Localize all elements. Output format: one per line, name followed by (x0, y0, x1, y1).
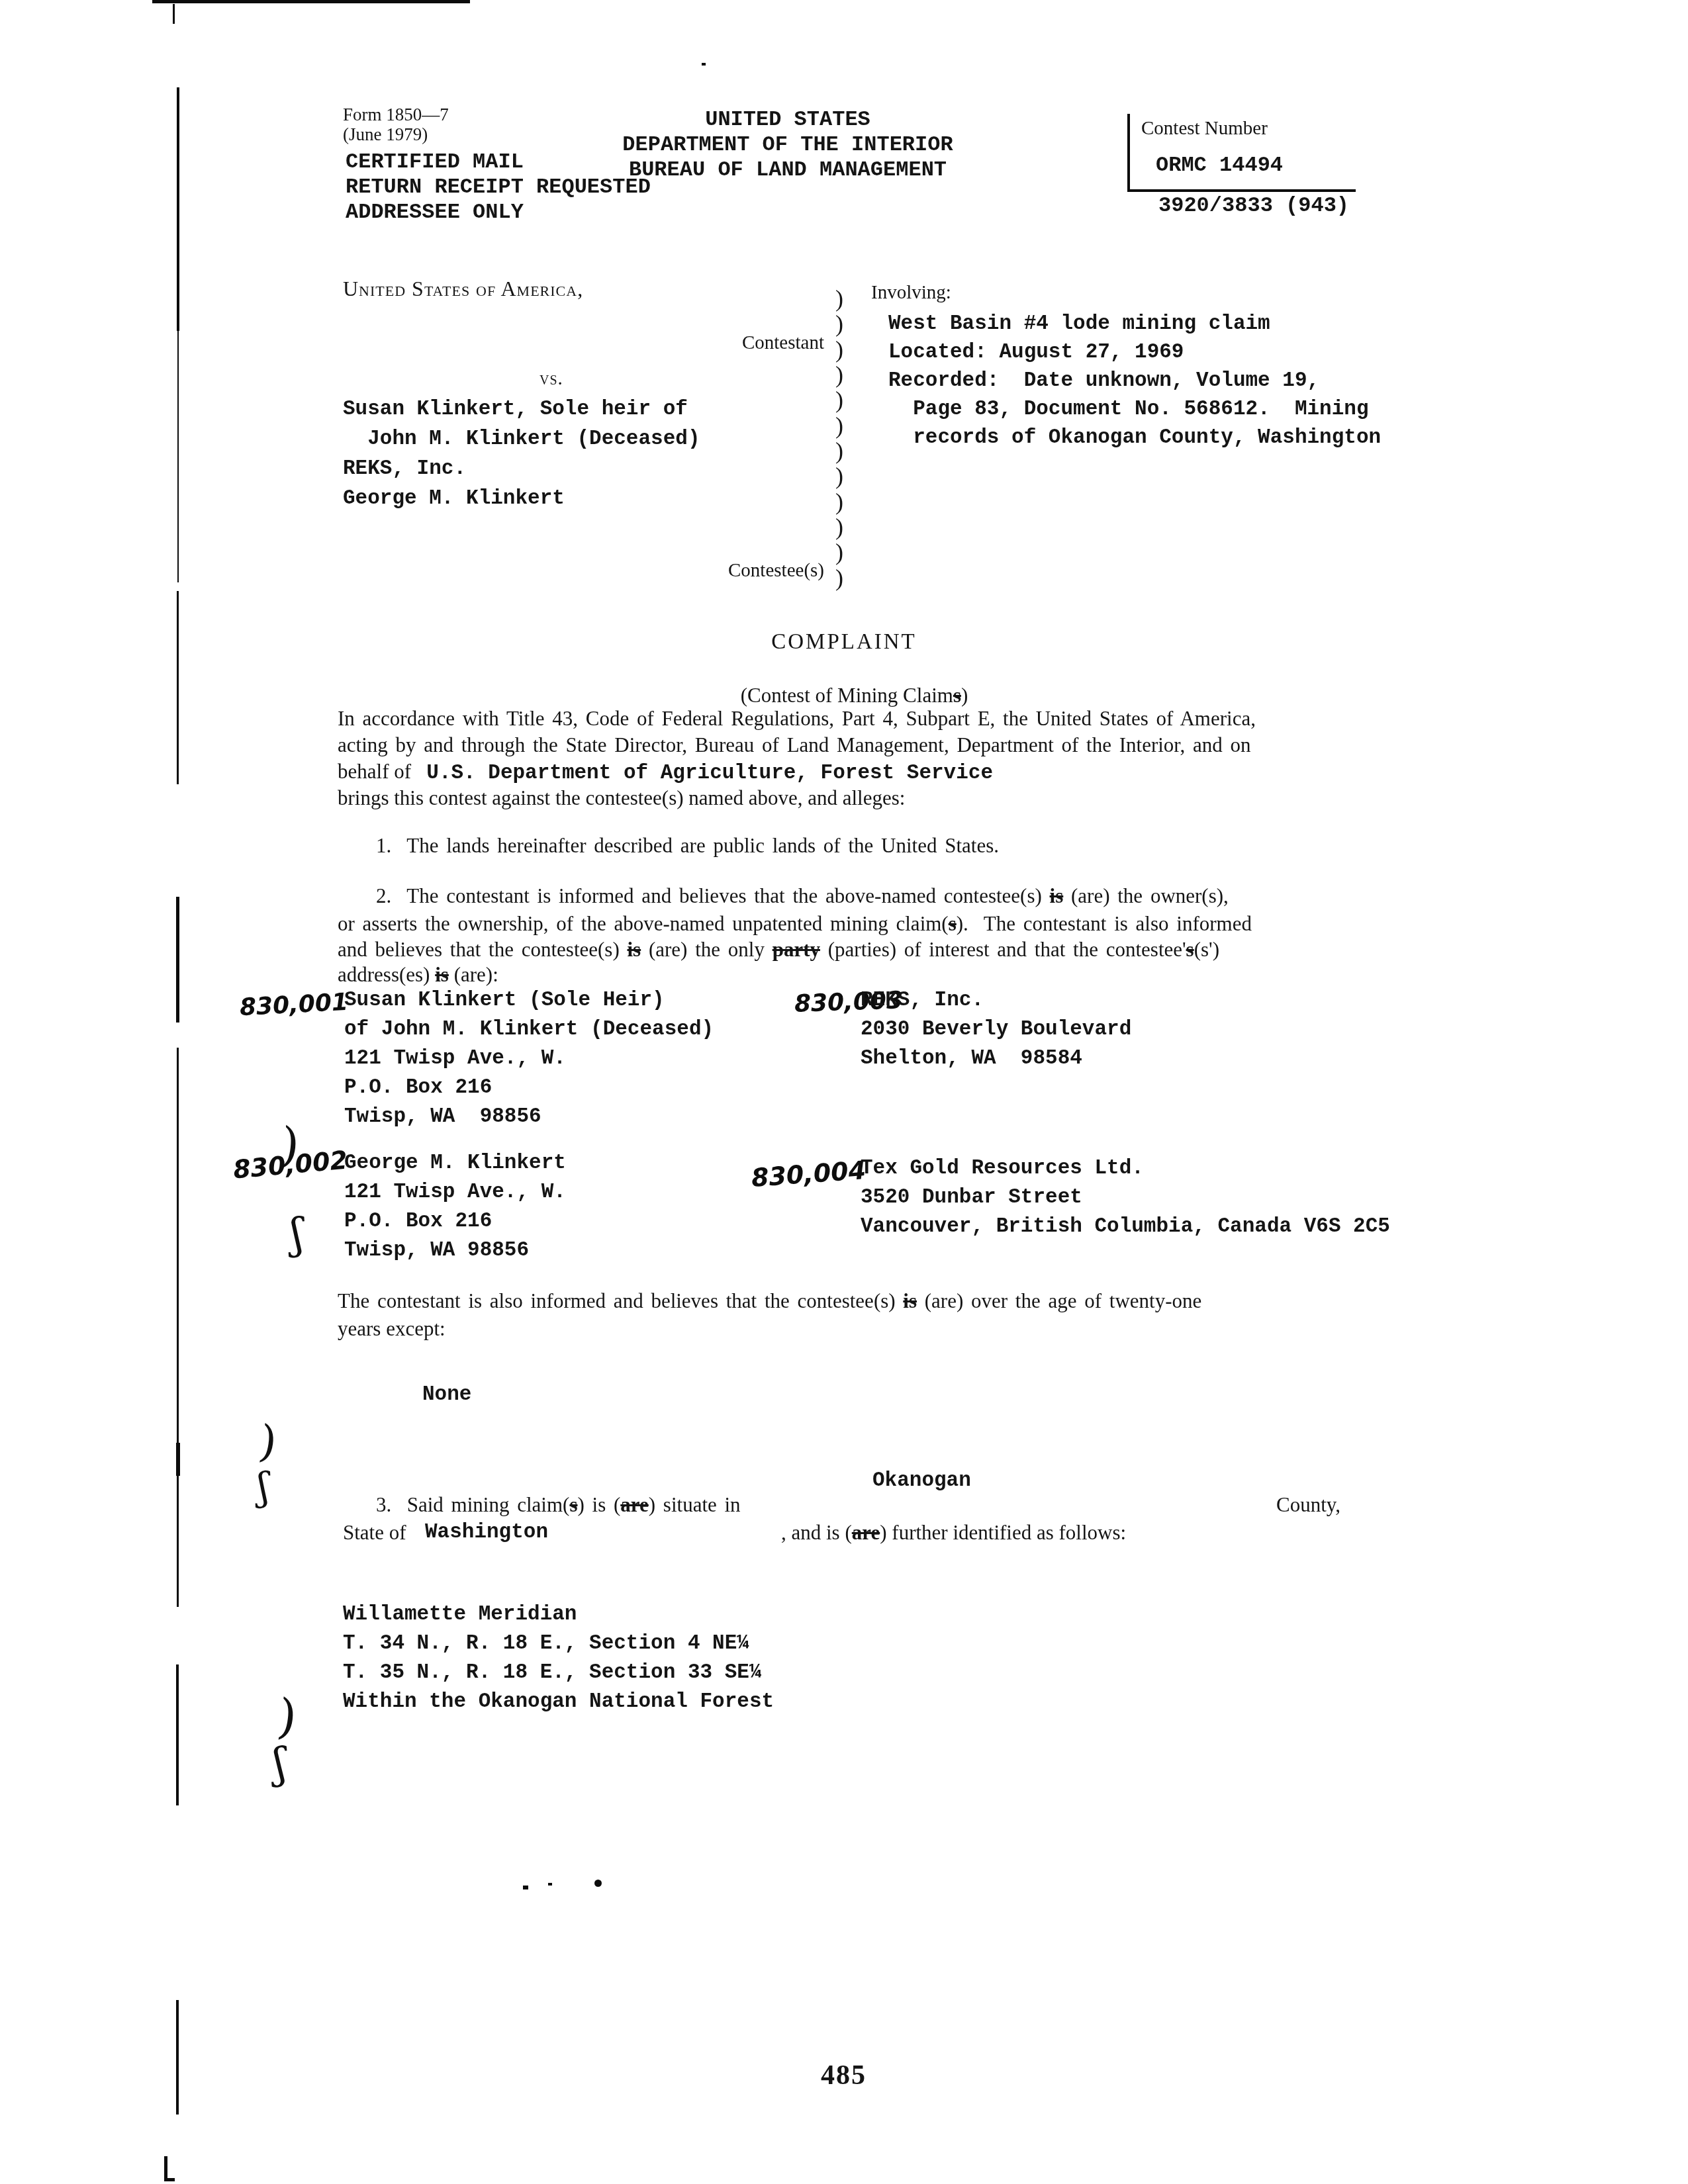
handwritten-number-830002: 830,002 (232, 1146, 348, 1185)
contest-box-bottom-border (1127, 189, 1356, 192)
text-segment: or asserts the ownership, of the above-n… (338, 912, 949, 935)
contest-number-value: ORMC 14494 (1156, 154, 1283, 178)
handwritten-squiggle: ʃ (257, 1464, 269, 1510)
handwritten-number-830001: 830,001 (239, 989, 349, 1022)
subtitle-close-paren: ) (961, 684, 968, 707)
scan-speck (548, 1883, 552, 1886)
text-segment: 2. The contestant is informed and believ… (376, 884, 1050, 907)
certified-mail-block: CERTIFIED MAIL RETURN RECEIPT REQUESTED … (346, 150, 651, 225)
intro-line-1: In accordance with Title 43, Code of Fed… (338, 707, 1256, 731)
scan-edge-segment (177, 87, 179, 331)
paren-glyph: ) (835, 361, 843, 388)
struck-text: is (903, 1289, 917, 1312)
struck-text: s (949, 912, 957, 935)
allegation-2-line-2: or asserts the ownership, of the above-n… (338, 912, 1252, 936)
struck-text: is (435, 963, 449, 986)
scan-edge-top (152, 0, 470, 3)
paren-glyph: ) (835, 412, 843, 439)
intro-line-4: brings this contest against the conteste… (338, 786, 905, 810)
allegation-1: 1. The lands hereinafter described are p… (376, 834, 999, 858)
scan-edge-segment (176, 1664, 179, 1805)
struck-plural-s: s (953, 684, 961, 707)
text-segment: The contestant is also informed and beli… (338, 1289, 903, 1312)
struck-text: s (569, 1493, 577, 1516)
contest-box-left-border (1127, 114, 1130, 191)
versus-label: vs. (539, 368, 563, 390)
scanned-document-page: Form 1850—7 (June 1979) CERTIFIED MAIL R… (0, 0, 1688, 2184)
scan-speck (702, 63, 706, 66)
form-number: Form 1850—7 (343, 105, 449, 125)
intro-line-2: acting by and through the State Director… (338, 733, 1250, 757)
document-title: COMPLAINT (728, 630, 960, 655)
text-segment: (are) over the age of twenty-one (917, 1289, 1201, 1312)
text-segment: (are) the owner(s), (1063, 884, 1229, 907)
paren-glyph: ) (835, 513, 843, 541)
text-segment: (are) the only (641, 938, 772, 961)
text-segment: 3. Said mining claim( (376, 1493, 569, 1516)
scan-edge-mark (173, 4, 175, 24)
struck-text: s (1186, 938, 1194, 961)
contestee-role-label: Contestee(s) (655, 560, 824, 582)
paren-glyph: ) (835, 336, 843, 363)
struck-text: is (1050, 884, 1064, 907)
agency-heading: UNITED STATES DEPARTMENT OF THE INTERIOR… (616, 107, 960, 183)
struck-text: party (773, 938, 820, 961)
county-label: County, (1276, 1493, 1340, 1517)
involving-label: Involving: (871, 282, 951, 304)
contestant-role-label: Contestant (629, 332, 824, 354)
state-typed-value: Washington (425, 1521, 548, 1545)
text-segment: (parties) of interest and that the conte… (820, 938, 1186, 961)
handwritten-squiggle: ) (256, 1416, 280, 1469)
paren-glyph: ) (835, 310, 843, 338)
age-paragraph-line-2: years except: (338, 1317, 445, 1341)
scan-edge-segment (177, 331, 179, 582)
struck-text: are (852, 1521, 880, 1544)
text-segment: ). The contestant is also informed (957, 912, 1252, 935)
address-susan-klinkert: Susan Klinkert (Sole Heir) of John M. Kl… (344, 986, 714, 1132)
page-number: 485 (821, 2060, 867, 2091)
age-exception-value: None (422, 1383, 471, 1407)
allegation-2-line-1: 2. The contestant is informed and believ… (376, 884, 1229, 908)
legal-description: Willamette Meridian T. 34 N., R. 18 E., … (343, 1600, 774, 1717)
paren-glyph: ) (835, 538, 843, 566)
paren-glyph: ) (835, 437, 843, 465)
subtitle-text: (Contest of Mining Claim (741, 684, 953, 707)
struck-text: is (627, 938, 641, 961)
paren-glyph: ) (835, 462, 843, 490)
address-tex-gold: Tex Gold Resources Ltd. 3520 Dunbar Stre… (861, 1154, 1390, 1242)
scan-edge-segment (176, 897, 179, 1023)
scan-edge-segment (176, 2000, 179, 2115)
contest-code-value: 3920/3833 (943) (1158, 194, 1349, 218)
contest-number-label: Contest Number (1141, 118, 1268, 140)
address-reks-inc: REKS, Inc. 2030 Beverly Boulevard Shelto… (861, 986, 1131, 1073)
scan-edge-segment (176, 1443, 180, 1476)
paren-glyph: ) (835, 386, 843, 414)
text-segment: ) further identified as follows: (880, 1521, 1126, 1544)
allegation-2-line-3: and believes that the contestee(s) is (a… (338, 938, 1219, 962)
text-segment: behalf of (338, 760, 426, 783)
allegation-3-line-1: 3. Said mining claim(s) is (are) situate… (376, 1493, 741, 1517)
text-segment: (are): (449, 963, 498, 986)
struck-text: are (620, 1493, 648, 1516)
involving-details: West Basin #4 lode mining claim Located:… (888, 310, 1381, 452)
handwritten-squiggle: ) (275, 1688, 300, 1746)
address-george-klinkert: George M. Klinkert 121 Twisp Ave., W. P.… (344, 1149, 566, 1265)
text-segment: address(es) (338, 963, 435, 986)
allegation-2-line-4: address(es) is (are): (338, 963, 498, 987)
county-typed-value: Okanogan (872, 1469, 971, 1493)
text-segment: , and is ( (781, 1521, 852, 1544)
paren-glyph: ) (835, 488, 843, 516)
text-segment: ) situate in (649, 1493, 741, 1516)
age-paragraph-line-1: The contestant is also informed and beli… (338, 1289, 1201, 1313)
text-segment: and believes that the contestee(s) (338, 938, 627, 961)
allegation-3-line-2-rest: , and is (are) further identified as fol… (781, 1521, 1126, 1545)
intro-line-3: behalf of U.S. Department of Agriculture… (338, 760, 993, 786)
paren-glyph: ) (835, 285, 843, 312)
handwritten-number-830004: 830,004 (751, 1156, 867, 1193)
handwritten-squiggle: ʃ (289, 1209, 304, 1259)
handwritten-squiggle: ʃ (272, 1739, 288, 1788)
text-segment: ) is ( (577, 1493, 620, 1516)
contestee-names: Susan Klinkert, Sole heir of John M. Kli… (343, 394, 700, 514)
state-label: State of (343, 1521, 406, 1545)
text-segment: U.S. Department of Agriculture, Forest S… (426, 762, 993, 785)
scan-corner-mark (164, 2178, 175, 2181)
paren-glyph: ) (835, 564, 843, 592)
form-date: (June 1979) (343, 124, 428, 145)
scan-edge-segment (177, 1048, 179, 1607)
contestant-name: United States of America, (343, 277, 583, 301)
scan-speck (594, 1880, 602, 1887)
text-segment: (s') (1194, 938, 1219, 961)
scan-edge-segment (177, 591, 179, 784)
scan-speck (523, 1886, 528, 1889)
